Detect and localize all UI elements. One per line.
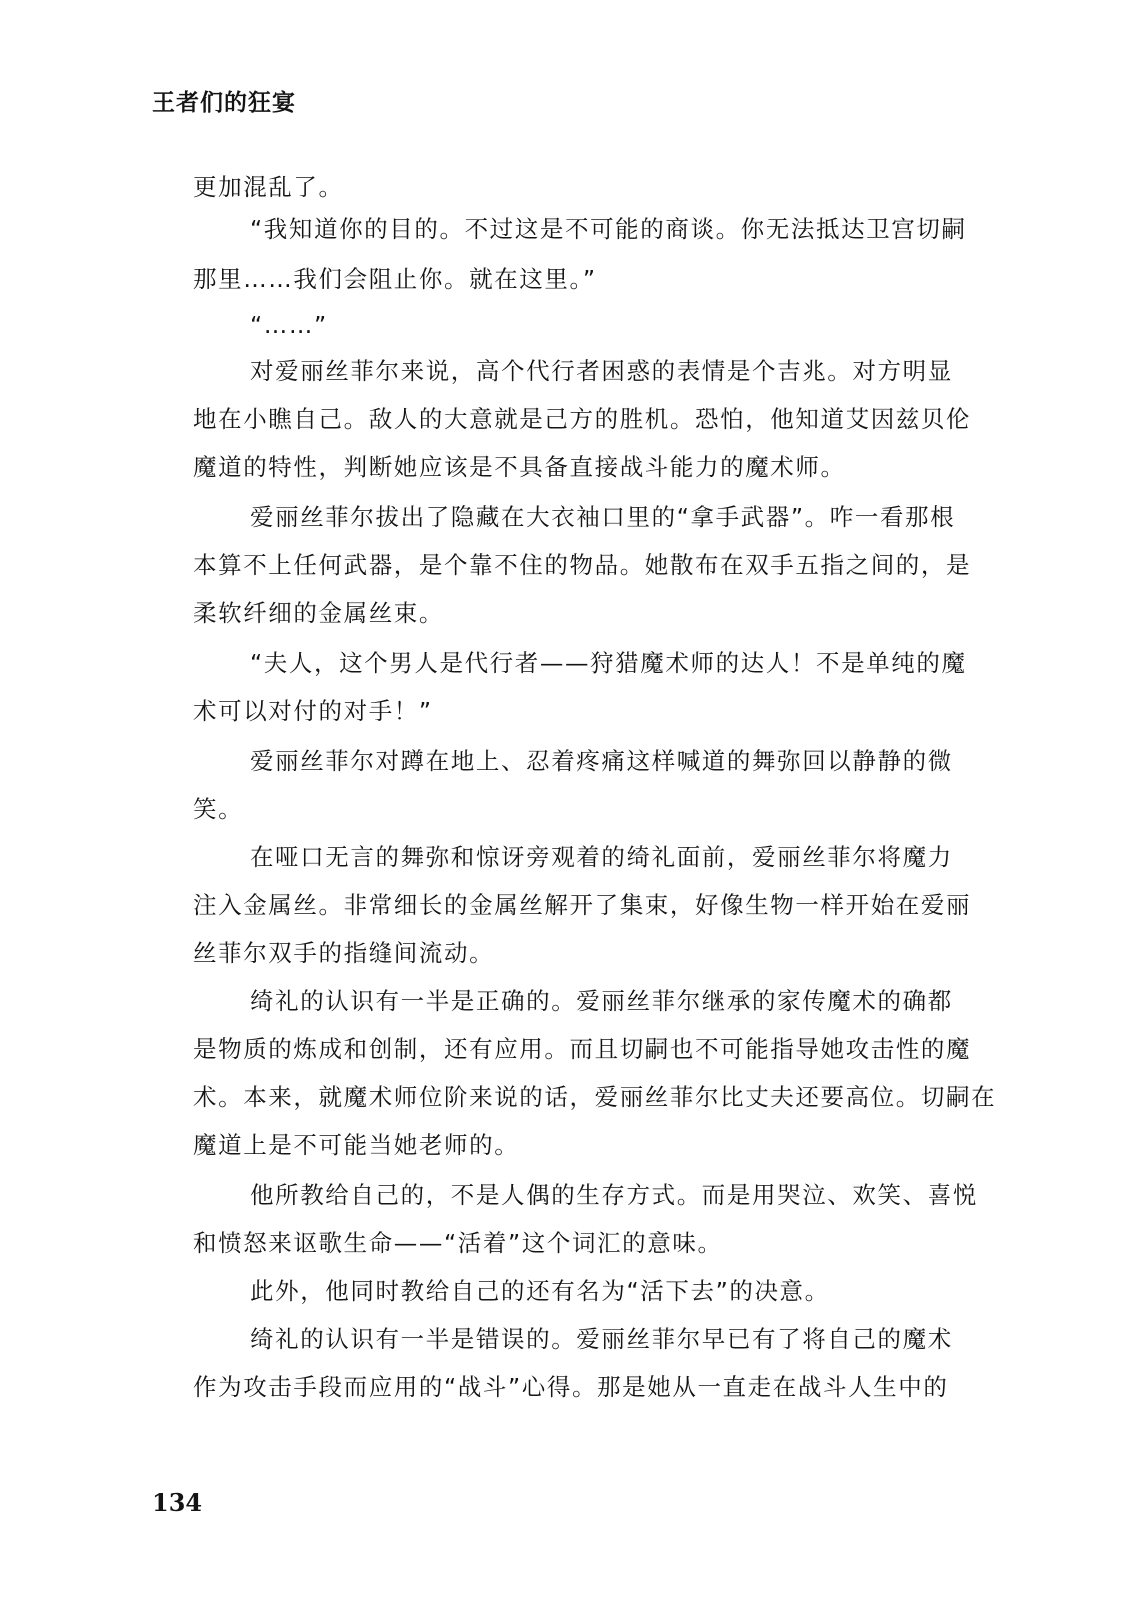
text-line: 术。本来，就魔术师位阶来说的话，爱丽丝菲尔比丈夫还要高位。切嗣在 <box>193 1082 996 1112</box>
text-line: 和愤怒来讴歌生命——“活着”这个词汇的意味。 <box>193 1228 723 1258</box>
text-line: 是物质的炼成和创制，还有应用。而且切嗣也不可能指导她攻击性的魔 <box>193 1034 971 1064</box>
text-line: 注入金属丝。非常细长的金属丝解开了集束，好像生物一样开始在爱丽 <box>193 890 971 920</box>
text-line: 柔软纤细的金属丝束。 <box>193 598 444 628</box>
paragraph-first-line: “我知道你的目的。不过这是不可能的商谈。你无法抵达卫宫切嗣 <box>250 214 967 244</box>
page-number: 134 <box>152 1488 202 1517</box>
paragraph-first-line: 他所教给自己的，不是人偶的生存方式。而是用哭泣、欢笑、喜悦 <box>250 1180 978 1210</box>
text-line: 更加混乱了。 <box>193 172 344 202</box>
paragraph-first-line: “夫人，这个男人是代行者——狩猎魔术师的达人！不是单纯的魔 <box>250 648 967 678</box>
text-line: 本算不上任何武器，是个靠不住的物品。她散布在双手五指之间的，是 <box>193 550 971 580</box>
paragraph-first-line: 绮礼的认识有一半是错误的。爱丽丝菲尔早已有了将自己的魔术 <box>250 1324 953 1354</box>
text-line: 术可以对付的对手！” <box>193 696 433 726</box>
text-line: 魔道的特性，判断她应该是不具备直接战斗能力的魔术师。 <box>193 452 846 482</box>
text-line: 那里……我们会阻止你。就在这里。” <box>193 264 597 294</box>
text-line: 丝菲尔双手的指缝间流动。 <box>193 938 494 968</box>
text-line: 地在小瞧自己。敌人的大意就是己方的胜机。恐怕，他知道艾因兹贝伦 <box>193 404 971 434</box>
paragraph-first-line: 对爱丽丝菲尔来说，高个代行者困惑的表情是个吉兆。对方明显 <box>250 356 953 386</box>
text-line: 笑。 <box>193 794 243 824</box>
paragraph-first-line: 绮礼的认识有一半是正确的。爱丽丝菲尔继承的家传魔术的确都 <box>250 986 953 1016</box>
text-line: 作为攻击手段而应用的“战斗”心得。那是她从一直走在战斗人生中的 <box>193 1372 948 1402</box>
paragraph-first-line: 爱丽丝菲尔拔出了隐藏在大衣袖口里的“拿手武器”。咋一看那根 <box>250 502 955 532</box>
text-line: 魔道上是不可能当她老师的。 <box>193 1130 519 1160</box>
running-header-book-title: 王者们的狂宴 <box>152 84 296 117</box>
paragraph-first-line: 在哑口无言的舞弥和惊讶旁观着的绮礼面前，爱丽丝菲尔将魔力 <box>250 842 953 872</box>
paragraph-first-line: 爱丽丝菲尔对蹲在地上、忍着疼痛这样喊道的舞弥回以静静的微 <box>250 746 953 776</box>
paragraph-first-line: 此外，他同时教给自己的还有名为“活下去”的决意。 <box>250 1276 830 1306</box>
paragraph-first-line: “……” <box>250 310 328 340</box>
